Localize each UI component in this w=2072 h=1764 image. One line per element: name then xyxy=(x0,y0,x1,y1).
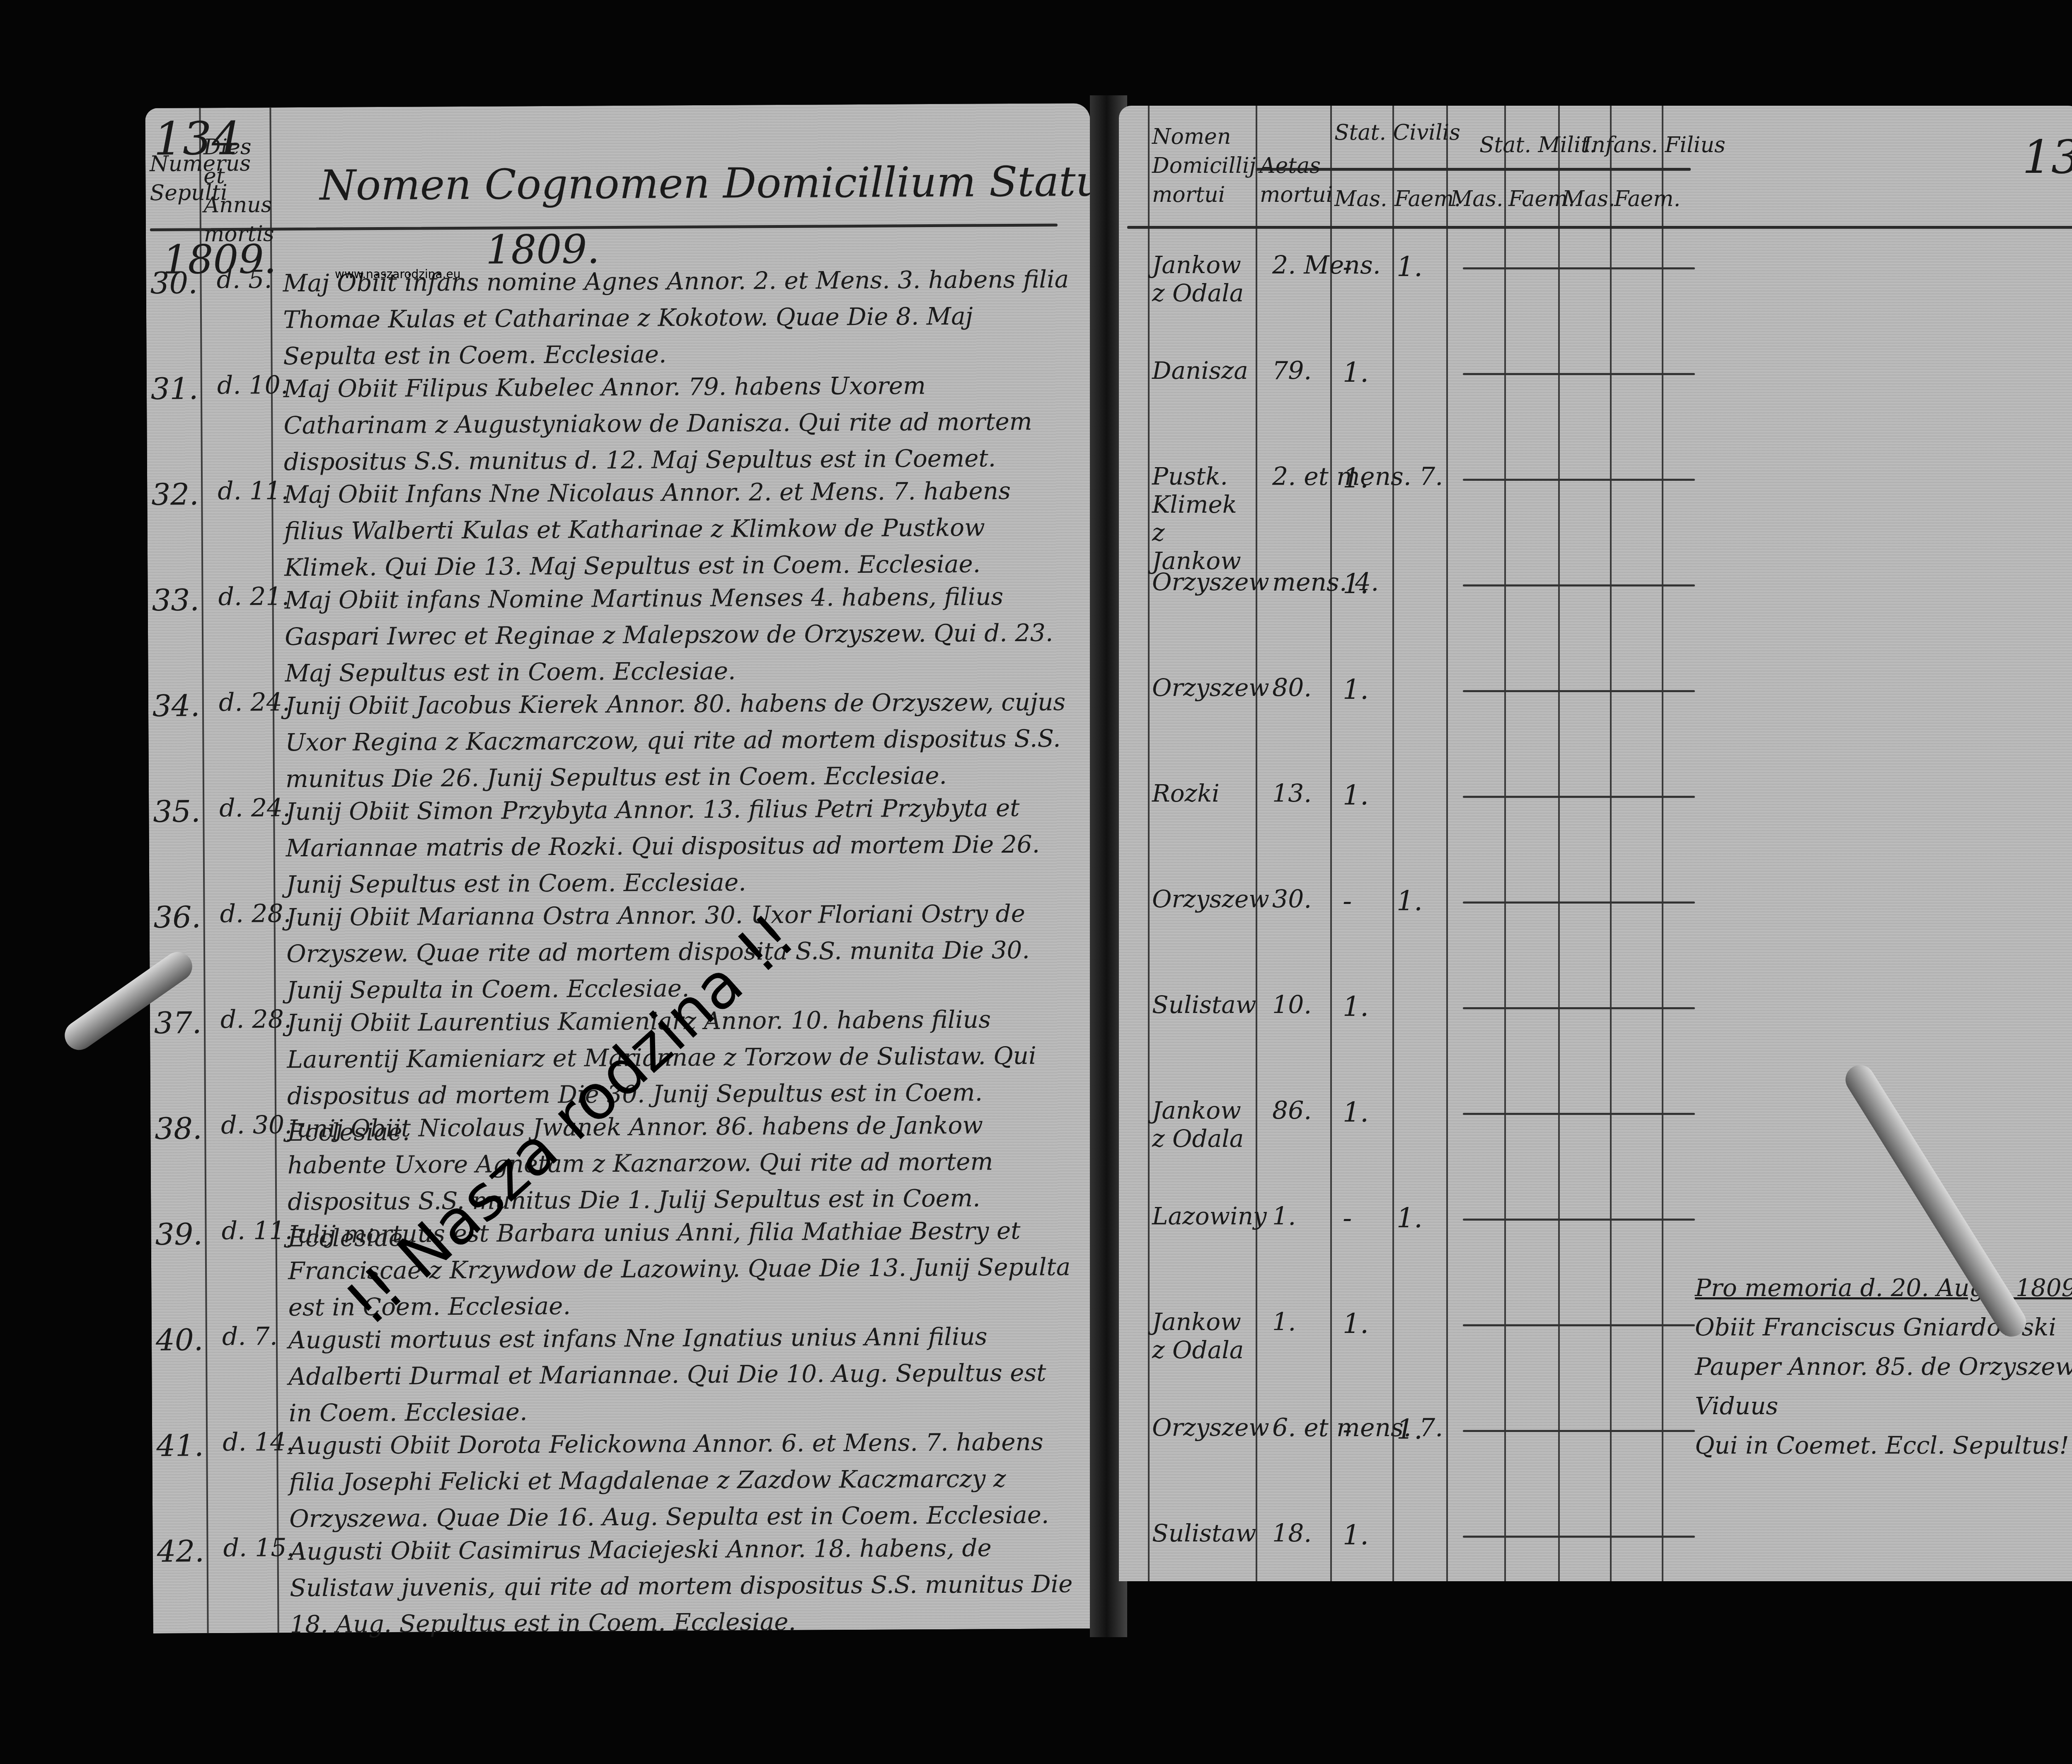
domicilium: Danisza xyxy=(1152,356,1256,385)
blank-dash xyxy=(1463,1536,1695,1538)
domicilium: Orzyszew xyxy=(1152,674,1256,702)
sub-header: Mas. xyxy=(1334,184,1387,213)
entry-day: d. 28. xyxy=(220,899,291,928)
tally-mark: 1. xyxy=(1343,356,1369,388)
entry-day: d. 21. xyxy=(218,582,289,611)
blank-dash xyxy=(1463,373,1695,375)
sub-header: Mas. xyxy=(1450,184,1503,213)
scanned-register-image: 134 Numerus Sepulti Dies et Annus mortis… xyxy=(0,0,2072,1764)
left-page: 134 Numerus Sepulti Dies et Annus mortis… xyxy=(145,103,1098,1633)
tally-mark: 1. xyxy=(1343,991,1369,1023)
domicilium: Lazowiny xyxy=(1152,1202,1256,1230)
header-rule xyxy=(150,223,1058,231)
tally-mark: 1. xyxy=(1397,1202,1423,1234)
domicilium: Orzyszew xyxy=(1152,1413,1256,1442)
entry-day: d. 5. xyxy=(216,265,272,294)
domicilium: Rozki xyxy=(1152,779,1256,807)
age: 1. xyxy=(1272,1202,1296,1231)
blank-dash xyxy=(1463,584,1695,586)
header-rule xyxy=(1127,226,2072,229)
pro-memoria-note: Pro memoria d. 20. Augu. 1809. Obiit Fra… xyxy=(1695,1268,2072,1465)
blank-dash xyxy=(1463,796,1695,798)
blank-dash xyxy=(1463,690,1695,692)
blank-dash xyxy=(1463,1007,1695,1009)
blank-dash xyxy=(1463,267,1695,269)
tally-mark: 1. xyxy=(1343,1519,1369,1551)
entry-day: d. 7. xyxy=(222,1322,278,1351)
header-aetas: Aetas mortui xyxy=(1260,151,1326,209)
domicilium: Orzyszew xyxy=(1152,568,1256,596)
note-line: Viduus xyxy=(1695,1386,2072,1426)
age: 18. xyxy=(1272,1519,1312,1548)
tally-mark: 1. xyxy=(1343,779,1369,811)
entry-day: d. 11. xyxy=(221,1216,293,1245)
entry-text: Maj Obiit Infans Nne Nicolaus Annor. 2. … xyxy=(284,472,1072,586)
entry-day: d. 14. xyxy=(223,1427,294,1457)
age: 30. xyxy=(1272,885,1312,914)
entry-number: 32. xyxy=(151,477,199,512)
entry-day: d. 15. xyxy=(223,1533,294,1563)
sub-header: Mas. xyxy=(1562,184,1615,213)
column-divider xyxy=(1558,106,1560,1581)
column-divider xyxy=(269,107,279,1633)
entry-number: 34. xyxy=(152,688,200,723)
column-divider xyxy=(1256,106,1257,1581)
blank-dash xyxy=(1463,901,1695,904)
domicilium: Sulistaw xyxy=(1152,991,1256,1019)
entry-number: 35. xyxy=(153,794,201,829)
domicilium: Jankow z Odala xyxy=(1152,1096,1256,1153)
blank-dash xyxy=(1463,479,1695,481)
column-divider xyxy=(1148,106,1150,1581)
domicilium: Sulistaw xyxy=(1152,1519,1256,1547)
entry-text: Junij Obiit Jacobus Kierek Annor. 80. ha… xyxy=(285,683,1073,797)
column-divider xyxy=(1392,106,1394,1581)
entry-number: 30. xyxy=(150,265,198,300)
entry-day: d. 28. xyxy=(220,1005,292,1034)
tally-mark: 1. xyxy=(1343,1096,1369,1128)
note-line: Qui in Coemet. Eccl. Sepultus! xyxy=(1695,1426,2072,1465)
entry-text: Junij Obiit Simon Przybyta Annor. 13. fi… xyxy=(286,789,1073,903)
entry-day: d. 30. xyxy=(221,1110,292,1140)
entry-number: 38. xyxy=(155,1111,202,1146)
blank-dash xyxy=(1463,1113,1695,1115)
entry-number: 31. xyxy=(151,371,198,406)
entry-day: d. 10. xyxy=(217,371,288,400)
column-divider xyxy=(1662,106,1663,1581)
entry-text: Maj Obiit infans Nomine Martinus Menses … xyxy=(284,578,1072,691)
entry-text: Maj Obiit Filipus Kubelec Annor. 79. hab… xyxy=(283,366,1071,480)
sub-header: Faem. xyxy=(1614,184,1680,213)
entry-day: d. 24. xyxy=(219,793,290,823)
tally-mark: - xyxy=(1343,251,1352,283)
entry-day: d. 11. xyxy=(218,476,289,506)
blank-dash xyxy=(1463,1219,1695,1221)
header-domicilium: Nomen Domicillij mortui xyxy=(1152,122,1251,209)
entry-number: 37. xyxy=(154,1005,202,1040)
entry-text: Augusti Obiit Casimirus Maciejeski Annor… xyxy=(289,1529,1077,1643)
header-numerus: Numerus Sepulti xyxy=(150,149,200,208)
tally-mark: 1. xyxy=(1343,568,1369,600)
entry-number: 40. xyxy=(156,1322,203,1357)
tally-mark: - xyxy=(1343,1413,1352,1445)
tally-mark: 1. xyxy=(1343,674,1369,705)
header-status-civilis: Stat. Civilis xyxy=(1334,118,1460,147)
column-divider xyxy=(1446,106,1448,1581)
blank-dash xyxy=(1463,1430,1695,1432)
age: 13. xyxy=(1272,779,1312,808)
tally-mark: 1. xyxy=(1397,1413,1423,1445)
entry-number: 39. xyxy=(155,1216,203,1252)
entry-text: Augusti mortuus est infans Nne Ignatius … xyxy=(288,1318,1076,1431)
entry-number: 33. xyxy=(152,582,199,618)
entry-day: d. 24. xyxy=(219,688,290,717)
age: 80. xyxy=(1272,674,1312,703)
entry-row: 30.d. 5.Maj Obiit infans nomine Agnes An… xyxy=(146,261,1091,266)
age: 1. xyxy=(1272,1308,1296,1337)
entry-number: 42. xyxy=(157,1534,204,1569)
note-line: Pauper Annor. 85. de Orzyszew. xyxy=(1695,1347,2072,1386)
age: 10. xyxy=(1272,991,1312,1020)
domicilium: Jankow z Odala xyxy=(1152,1308,1256,1364)
header-dies: Dies et Annus mortis xyxy=(203,132,266,249)
column-divider xyxy=(1610,106,1612,1581)
tally-mark: - xyxy=(1343,885,1352,917)
page-number: 135 xyxy=(2022,131,2072,184)
age: 86. xyxy=(1272,1096,1312,1125)
entries-list: 30.d. 5.Maj Obiit infans nomine Agnes An… xyxy=(145,103,1090,108)
domicilium: Jankow z Odala xyxy=(1152,251,1256,307)
header-infans: Infans. Filius xyxy=(1583,131,1726,160)
header-main: Nomen Cognomen Domicillium Status &c. xyxy=(320,157,1210,210)
column-divider xyxy=(1504,106,1506,1581)
header-status-militaris: Stat. Milit. xyxy=(1479,131,1596,160)
tally-mark: - xyxy=(1343,1202,1352,1234)
age: 79. xyxy=(1272,356,1312,385)
watermark-url: www.naszarodzina.eu xyxy=(335,267,460,281)
domicilium: Orzyszew xyxy=(1152,885,1256,913)
blank-dash xyxy=(1463,1324,1695,1326)
domicilium: Pustk. Klimek z Jankow xyxy=(1152,462,1256,575)
entry-number: 36. xyxy=(153,899,201,935)
column-divider xyxy=(199,108,208,1633)
entry-number: 41. xyxy=(156,1428,204,1463)
tally-mark: 1. xyxy=(1397,251,1423,283)
tally-mark: 1. xyxy=(1343,1308,1369,1340)
column-divider xyxy=(1330,106,1332,1581)
age: 2. Mens. xyxy=(1272,251,1381,280)
entry-text: Augusti Obiit Dorota Felickowna Annor. 6… xyxy=(289,1423,1077,1537)
tally-mark: 1. xyxy=(1343,462,1369,494)
tally-mark: 1. xyxy=(1397,885,1423,917)
